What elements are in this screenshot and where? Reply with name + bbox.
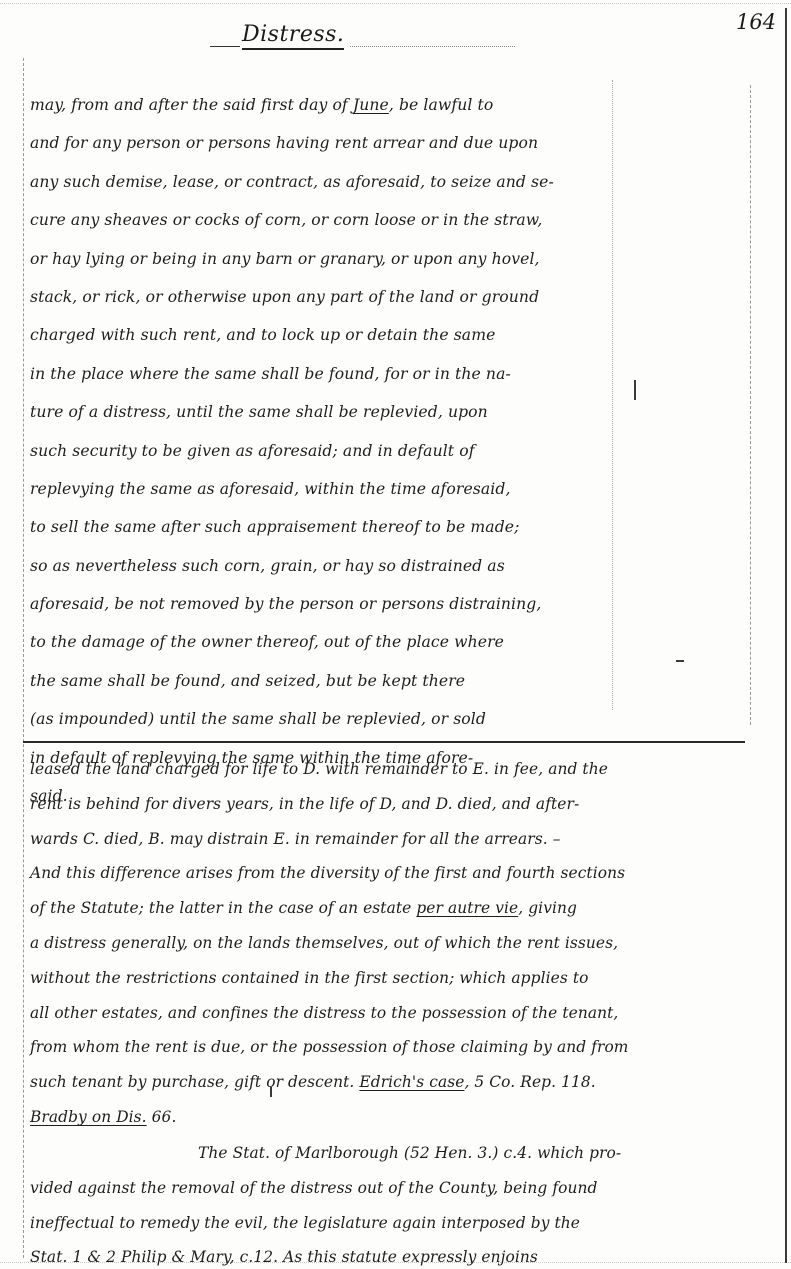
underlined-term: per autre vie [416,899,518,917]
text-line: leased the land charged for life to D. w… [30,752,770,787]
text-segment: of the Statute; the latter in the case o… [30,899,416,917]
text-line: stack, or rick, or otherwise upon any pa… [30,278,620,316]
stray-ink-mark [634,380,636,400]
text-line: a distress generally, on the lands thems… [30,926,770,961]
paragraph-start-line: The Stat. of Marlborough (52 Hen. 3.) c.… [30,1136,770,1171]
case-citation: Edrich's case [359,1073,464,1091]
heading-lead-rule [210,46,240,47]
text-segment: , giving [518,899,577,917]
text-line: all other estates, and confines the dist… [30,996,770,1031]
stray-ink-mark [270,1087,272,1097]
heading-tail-rule [350,46,515,47]
text-line: in the place where the same shall be fou… [30,355,620,393]
underlined-term: June [353,96,389,114]
text-line: replevying the same as aforesaid, within… [30,470,620,508]
text-line: Stat. 1 & 2 Philip & Mary, c.12. As this… [30,1240,770,1269]
text-line: vided against the removal of the distres… [30,1171,770,1206]
section-divider [23,741,745,743]
text-line: any such demise, lease, or contract, as … [30,163,620,201]
text-line: so as nevertheless such corn, grain, or … [30,547,620,585]
text-line: rent is behind for divers years, in the … [30,787,770,822]
text-line: such tenant by purchase, gift or descent… [30,1065,770,1100]
text-line: charged with such rent, and to lock up o… [30,316,620,354]
page-title: Distress. [242,22,344,50]
text-line: And this difference arises from the dive… [30,856,770,891]
text-line: from whom the rent is due, or the posses… [30,1030,770,1065]
text-line: to sell the same after such appraisement… [30,508,620,546]
text-line: cure any sheaves or cocks of corn, or co… [30,201,620,239]
page-heading: Distress. [210,22,370,56]
text-line: to the damage of the owner thereof, out … [30,623,620,661]
text-line: wards C. died, B. may distrain E. in rem… [30,822,770,857]
text-line: such security to be given as aforesaid; … [30,432,620,470]
text-segment: may, from and after the said first day o… [30,96,353,114]
text-segment: 66. [147,1108,177,1126]
left-margin-rule [23,58,25,1258]
upper-passage: may, from and after the said first day o… [30,86,620,815]
treatise-citation: Bradby on Dis. [30,1108,147,1126]
text-line: or hay lying or being in any barn or gra… [30,240,620,278]
text-line: (as impounded) until the same shall be r… [30,700,620,738]
text-line: ture of a distress, until the same shall… [30,393,620,431]
text-segment: such tenant by purchase, gift or descent… [30,1073,359,1091]
page-number: 164 [736,10,776,34]
right-margin-rule [750,85,752,725]
stray-ink-mark [676,660,684,662]
text-line: aforesaid, be not removed by the person … [30,585,620,623]
text-line: without the restrictions contained in th… [30,961,770,996]
text-line: and for any person or persons having ren… [30,124,620,162]
text-segment: , be lawful to [389,96,494,114]
text-segment: , 5 Co. Rep. 118. [464,1073,595,1091]
lower-passage: leased the land charged for life to D. w… [30,752,770,1269]
text-line: of the Statute; the latter in the case o… [30,891,770,926]
text-line: ineffectual to remedy the evil, the legi… [30,1206,770,1241]
manuscript-page: Distress. 164 may, from and after the sa… [0,0,791,1269]
text-line: Bradby on Dis. 66. [30,1100,770,1136]
scan-edge-top [0,3,791,5]
text-line: the same shall be found, and seized, but… [30,662,620,700]
page-right-edge [785,8,787,1263]
text-line: may, from and after the said first day o… [30,86,620,124]
